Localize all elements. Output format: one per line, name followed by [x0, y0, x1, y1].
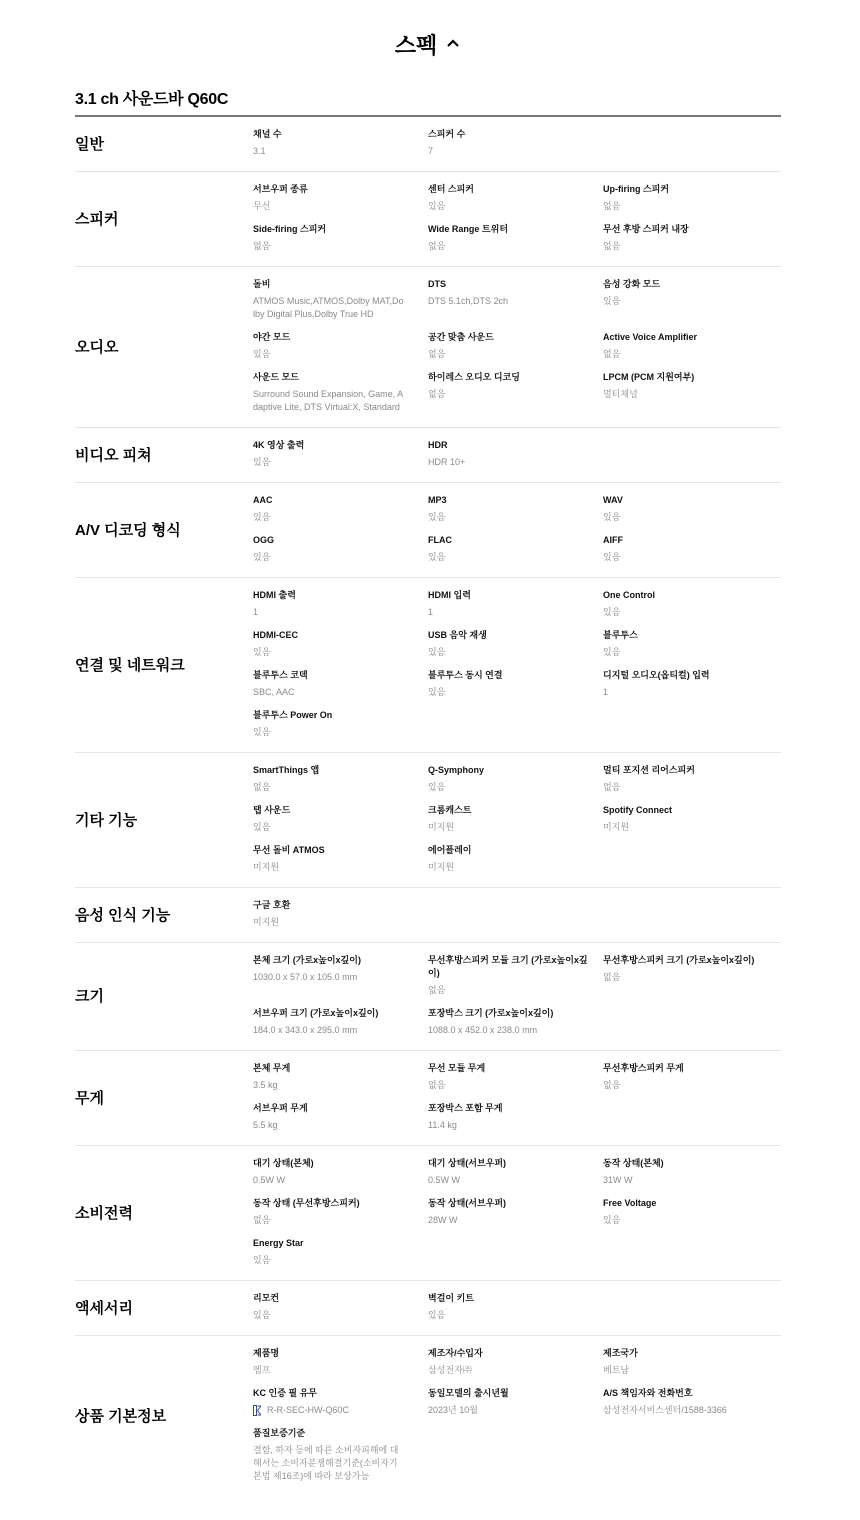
spec-value: SBC, AAC — [253, 686, 428, 699]
spec-label: 탭 사운드 — [253, 804, 428, 817]
spec-label: 무선 후방 스피커 내장 — [603, 223, 781, 236]
spec-value: 없음 — [603, 240, 781, 253]
spec-label: A/S 책임자와 전화번호 — [603, 1387, 781, 1400]
spec-value: 1088.0 x 452.0 x 238.0 mm — [428, 1024, 603, 1037]
spec-label: HDR — [428, 439, 603, 452]
spec-item: 음성 강화 모드있음 — [603, 278, 781, 321]
spec-label: 블루투스 Power On — [253, 709, 428, 722]
spec-label: Spotify Connect — [603, 804, 781, 817]
spec-value: 1030.0 x 57.0 x 105.0 mm — [253, 971, 428, 984]
spec-label: 무선후방스피커 모듈 크기 (가로x높이x깊이) — [428, 954, 603, 980]
spec-value: 없음 — [603, 200, 781, 213]
spec-item: 멀티 포지션 리어스피커없음 — [603, 764, 781, 794]
spec-item: 본체 크기 (가로x높이x깊이)1030.0 x 57.0 x 105.0 mm — [253, 954, 428, 997]
section-items: 리모컨있음벽걸이 키트있음 — [253, 1292, 781, 1322]
spec-label: DTS — [428, 278, 603, 291]
spec-item: DTSDTS 5.1ch,DTS 2ch — [428, 278, 603, 321]
spec-value: 있음 — [603, 606, 781, 619]
spec-label: 서브우퍼 크기 (가로x높이x깊이) — [253, 1007, 428, 1020]
spec-item: 제조자/수입자삼성전자㈜ — [428, 1347, 603, 1377]
spec-item: 센터 스피커있음 — [428, 183, 603, 213]
spec-item: 동일모델의 출시년월2023년 10월 — [428, 1387, 603, 1417]
spec-value: 베트남 — [603, 1364, 781, 1377]
spec-value: 있음 — [603, 295, 781, 308]
spec-item: 야간 모드있음 — [253, 331, 428, 361]
spec-section-row: 기타 기능SmartThings 앱없음Q-Symphony있음멀티 포지션 리… — [75, 753, 781, 888]
spec-label: 동작 상태 (무선후방스피커) — [253, 1197, 428, 1210]
spec-label: 멀티 포지션 리어스피커 — [603, 764, 781, 777]
spec-item: 포장박스 포함 무게11.4 kg — [428, 1102, 603, 1132]
spec-value: 없음 — [603, 781, 781, 794]
spec-label: 대기 상태(본체) — [253, 1157, 428, 1170]
spec-label: One Control — [603, 589, 781, 602]
spec-label: 서브우퍼 종류 — [253, 183, 428, 196]
spec-value: 있음 — [253, 456, 428, 469]
spec-value: 있음 — [253, 348, 428, 361]
spec-label: 서브우퍼 무게 — [253, 1102, 428, 1115]
spec-item: HDRHDR 10+ — [428, 439, 603, 469]
spec-label: 제품명 — [253, 1347, 428, 1360]
spec-value: 없음 — [428, 984, 603, 997]
spec-value: 있음 — [428, 1309, 603, 1322]
spec-value: 없음 — [603, 348, 781, 361]
spec-label: 무선 돌비 ATMOS — [253, 844, 428, 857]
spec-item: 제조국가베트남 — [603, 1347, 781, 1377]
spec-label: 동작 상태(서브우퍼) — [428, 1197, 603, 1210]
spec-label: OGG — [253, 534, 428, 547]
chevron-up-icon[interactable] — [443, 33, 465, 55]
spec-item: 4K 영상 출력있음 — [253, 439, 428, 469]
spec-label: Side-firing 스피커 — [253, 223, 428, 236]
spec-value: 있음 — [603, 646, 781, 659]
spec-value: 184.0 x 343.0 x 295.0 mm — [253, 1024, 428, 1037]
spec-value: 1 — [253, 606, 428, 619]
spec-label: 무선 모듈 무게 — [428, 1062, 603, 1075]
spec-section-row: A/V 디코딩 형식AAC있음MP3있음WAV있음OGG있음FLAC있음AIFF… — [75, 483, 781, 578]
spec-value: 있음 — [428, 686, 603, 699]
section-title: 음성 인식 기능 — [75, 899, 253, 929]
spec-label: MP3 — [428, 494, 603, 507]
spec-item: 서브우퍼 무게5.5 kg — [253, 1102, 428, 1132]
spec-label: 포장박스 포함 무게 — [428, 1102, 603, 1115]
spec-value: 멀티채널 — [603, 388, 781, 401]
kc-certification-icon — [253, 1405, 262, 1416]
spec-page: 스펙 3.1 ch 사운드바 Q60C 일반채널 수3.1스피커 수7스피커서브… — [0, 0, 860, 1520]
spec-value: ATMOS Music,ATMOS,Dolby MAT,Dolby Digita… — [253, 295, 428, 321]
spec-value: 없음 — [253, 240, 428, 253]
spec-section-row: 크기본체 크기 (가로x높이x깊이)1030.0 x 57.0 x 105.0 … — [75, 943, 781, 1051]
section-items: 본체 무게3.5 kg무선 모듈 무게없음무선후방스피커 무게없음서브우퍼 무게… — [253, 1062, 781, 1132]
spec-label: 디지털 오디오(옵티컬) 입력 — [603, 669, 781, 682]
spec-item: 크롬캐스트미지원 — [428, 804, 603, 834]
spec-label: 음성 강화 모드 — [603, 278, 781, 291]
section-items: 돌비ATMOS Music,ATMOS,Dolby MAT,Dolby Digi… — [253, 278, 781, 414]
spec-value: 있음 — [253, 726, 428, 739]
spec-value: 있음 — [603, 1214, 781, 1227]
spec-value: 없음 — [428, 388, 603, 401]
section-items: 4K 영상 출력있음HDRHDR 10+ — [253, 439, 781, 469]
spec-value: 있음 — [253, 1309, 428, 1322]
spec-label: Wide Range 트위터 — [428, 223, 603, 236]
spec-item: 무선후방스피커 모듈 크기 (가로x높이x깊이)없음 — [428, 954, 603, 997]
section-title: 오디오 — [75, 278, 253, 414]
spec-value: 3.1 — [253, 145, 428, 158]
spec-label: 공간 맞춤 사운드 — [428, 331, 603, 344]
spec-value: 있음 — [428, 646, 603, 659]
spec-label: Q-Symphony — [428, 764, 603, 777]
section-items: 대기 상태(본체)0.5W W대기 상태(서브우퍼)0.5W W동작 상태(본체… — [253, 1157, 781, 1267]
model-title: 3.1 ch 사운드바 Q60C — [75, 84, 781, 117]
spec-label: 대기 상태(서브우퍼) — [428, 1157, 603, 1170]
spec-item: 하이레스 오디오 디코딩없음 — [428, 371, 603, 414]
spec-label: Active Voice Amplifier — [603, 331, 781, 344]
spec-value: 미지원 — [253, 916, 428, 929]
spec-item: 무선 돌비 ATMOS미지원 — [253, 844, 428, 874]
spec-item: Energy Star있음 — [253, 1237, 428, 1267]
spec-label: 하이레스 오디오 디코딩 — [428, 371, 603, 384]
spec-value: 있음 — [253, 646, 428, 659]
spec-value: 7 — [428, 145, 603, 158]
spec-item: 에어플레이미지원 — [428, 844, 603, 874]
spec-label: 리모컨 — [253, 1292, 428, 1305]
spec-item: Q-Symphony있음 — [428, 764, 603, 794]
spec-item: Free Voltage있음 — [603, 1197, 781, 1227]
spec-label: WAV — [603, 494, 781, 507]
spec-section-row: 상품 기본정보제품명엠프제조자/수입자삼성전자㈜제조국가베트남KC 인증 필 유… — [75, 1336, 781, 1496]
spec-item: 리모컨있음 — [253, 1292, 428, 1322]
spec-item: 무선후방스피커 무게없음 — [603, 1062, 781, 1092]
spec-value: 있음 — [253, 821, 428, 834]
spec-item: Active Voice Amplifier없음 — [603, 331, 781, 361]
spec-item: 블루투스 코덱SBC, AAC — [253, 669, 428, 699]
section-items: 채널 수3.1스피커 수7 — [253, 128, 781, 158]
spec-item: 서브우퍼 종류무선 — [253, 183, 428, 213]
spec-value: R-R-SEC-HW-Q60C — [253, 1404, 428, 1417]
spec-item: SmartThings 앱없음 — [253, 764, 428, 794]
spec-value: 없음 — [253, 781, 428, 794]
spec-value: Surround Sound Expansion, Game, Adaptive… — [253, 388, 428, 414]
spec-label: LPCM (PCM 지원여부) — [603, 371, 781, 384]
spec-value: 삼성전자서비스센터/1588-3366 — [603, 1404, 781, 1417]
spec-label: KC 인증 필 유무 — [253, 1387, 428, 1400]
section-items: HDMI 출력1HDMI 입력1One Control있음HDMI-CEC있음U… — [253, 589, 781, 739]
spec-section-row: 음성 인식 기능구글 호환미지원 — [75, 888, 781, 943]
spec-item: One Control있음 — [603, 589, 781, 619]
spec-item: 채널 수3.1 — [253, 128, 428, 158]
spec-value: 없음 — [603, 1079, 781, 1092]
section-title: 연결 및 네트워크 — [75, 589, 253, 739]
spec-label: Energy Star — [253, 1237, 428, 1250]
spec-table: 일반채널 수3.1스피커 수7스피커서브우퍼 종류무선센터 스피커있음Up-fi… — [75, 117, 781, 1496]
section-items: SmartThings 앱없음Q-Symphony있음멀티 포지션 리어스피커없… — [253, 764, 781, 874]
spec-label: 크롬캐스트 — [428, 804, 603, 817]
spec-value: 있음 — [428, 781, 603, 794]
spec-value: 있음 — [253, 511, 428, 524]
spec-value: 없음 — [428, 348, 603, 361]
spec-label: 벽걸이 키트 — [428, 1292, 603, 1305]
spec-value: 없음 — [603, 971, 781, 984]
spec-item: 공간 맞춤 사운드없음 — [428, 331, 603, 361]
spec-label: AAC — [253, 494, 428, 507]
spec-section-row: 액세서리리모컨있음벽걸이 키트있음 — [75, 1281, 781, 1336]
spec-label: 사운드 모드 — [253, 371, 428, 384]
spec-value: 미지원 — [428, 821, 603, 834]
spec-item: Spotify Connect미지원 — [603, 804, 781, 834]
spec-header[interactable]: 스펙 — [0, 0, 860, 84]
spec-label: 제조국가 — [603, 1347, 781, 1360]
spec-item: 벽걸이 키트있음 — [428, 1292, 603, 1322]
section-title: 소비전력 — [75, 1157, 253, 1267]
spec-item: 구글 호환미지원 — [253, 899, 428, 929]
spec-item: 스피커 수7 — [428, 128, 603, 158]
spec-item: Up-firing 스피커없음 — [603, 183, 781, 213]
spec-value: 있음 — [253, 1254, 428, 1267]
spec-value: 11.4 kg — [428, 1119, 603, 1132]
spec-item: 대기 상태(본체)0.5W W — [253, 1157, 428, 1187]
spec-item: 블루투스 Power On있음 — [253, 709, 428, 739]
spec-item: 탭 사운드있음 — [253, 804, 428, 834]
spec-item: HDMI 출력1 — [253, 589, 428, 619]
spec-value: 0.5W W — [428, 1174, 603, 1187]
spec-value: 2023년 10월 — [428, 1404, 603, 1417]
spec-item: 무선후방스피커 크기 (가로x높이x깊이)없음 — [603, 954, 781, 997]
spec-value: 없음 — [428, 1079, 603, 1092]
spec-item: 무선 후방 스피커 내장없음 — [603, 223, 781, 253]
spec-value: 0.5W W — [253, 1174, 428, 1187]
section-title: 크기 — [75, 954, 253, 1037]
spec-label: 에어플레이 — [428, 844, 603, 857]
spec-item: 동작 상태 (무선후방스피커)없음 — [253, 1197, 428, 1227]
section-items: 서브우퍼 종류무선센터 스피커있음Up-firing 스피커없음Side-fir… — [253, 183, 781, 253]
section-title: A/V 디코딩 형식 — [75, 494, 253, 564]
spec-value: 5.5 kg — [253, 1119, 428, 1132]
spec-label: Free Voltage — [603, 1197, 781, 1210]
spec-item: FLAC있음 — [428, 534, 603, 564]
spec-item: Side-firing 스피커없음 — [253, 223, 428, 253]
spec-value: 미지원 — [603, 821, 781, 834]
spec-label: 스피커 수 — [428, 128, 603, 141]
section-title: 무게 — [75, 1062, 253, 1132]
spec-item: 동작 상태(서브우퍼)28W W — [428, 1197, 603, 1227]
spec-value: 없음 — [253, 1214, 428, 1227]
spec-item: KC 인증 필 유무R-R-SEC-HW-Q60C — [253, 1387, 428, 1417]
section-title: 액세서리 — [75, 1292, 253, 1322]
spec-label: 본체 무게 — [253, 1062, 428, 1075]
spec-value: 31W W — [603, 1174, 781, 1187]
spec-label: 무선후방스피커 크기 (가로x높이x깊이) — [603, 954, 781, 967]
spec-section-row: 스피커서브우퍼 종류무선센터 스피커있음Up-firing 스피커없음Side-… — [75, 172, 781, 267]
spec-value: 1 — [603, 686, 781, 699]
spec-label: AIFF — [603, 534, 781, 547]
spec-label: 동일모델의 출시년월 — [428, 1387, 603, 1400]
spec-item: 블루투스있음 — [603, 629, 781, 659]
spec-value: 28W W — [428, 1214, 603, 1227]
spec-value: 삼성전자㈜ — [428, 1364, 603, 1377]
spec-value: 무선 — [253, 200, 428, 213]
spec-item: 품질보증기준결함, 하자 등에 따른 소비자피해에 대해서는 소비자분쟁해결기준… — [253, 1427, 428, 1483]
spec-label: HDMI-CEC — [253, 629, 428, 642]
spec-label: Up-firing 스피커 — [603, 183, 781, 196]
spec-item: AIFF있음 — [603, 534, 781, 564]
spec-item: 무선 모듈 무게없음 — [428, 1062, 603, 1092]
spec-value: 있음 — [253, 551, 428, 564]
spec-label: 채널 수 — [253, 128, 428, 141]
spec-item: 포장박스 크기 (가로x높이x깊이)1088.0 x 452.0 x 238.0… — [428, 1007, 603, 1037]
spec-section-row: 연결 및 네트워크HDMI 출력1HDMI 입력1One Control있음HD… — [75, 578, 781, 753]
spec-label: USB 음악 재생 — [428, 629, 603, 642]
spec-item: 블루투스 동시 연결있음 — [428, 669, 603, 699]
spec-label: FLAC — [428, 534, 603, 547]
spec-item: HDMI-CEC있음 — [253, 629, 428, 659]
section-title: 상품 기본정보 — [75, 1347, 253, 1483]
spec-value: 있음 — [603, 551, 781, 564]
spec-label: 블루투스 코덱 — [253, 669, 428, 682]
spec-value: 미지원 — [428, 861, 603, 874]
spec-value: DTS 5.1ch,DTS 2ch — [428, 295, 603, 308]
spec-label: 본체 크기 (가로x높이x깊이) — [253, 954, 428, 967]
spec-value: 미지원 — [253, 861, 428, 874]
spec-item: MP3있음 — [428, 494, 603, 524]
spec-item: 제품명엠프 — [253, 1347, 428, 1377]
spec-item: OGG있음 — [253, 534, 428, 564]
spec-value: 1 — [428, 606, 603, 619]
spec-label: 돌비 — [253, 278, 428, 291]
spec-item: AAC있음 — [253, 494, 428, 524]
spec-label: 무선후방스피커 무게 — [603, 1062, 781, 1075]
spec-value: 없음 — [428, 240, 603, 253]
section-items: 본체 크기 (가로x높이x깊이)1030.0 x 57.0 x 105.0 mm… — [253, 954, 781, 1037]
spec-section-row: 일반채널 수3.1스피커 수7 — [75, 117, 781, 172]
spec-value: 3.5 kg — [253, 1079, 428, 1092]
spec-item: LPCM (PCM 지원여부)멀티채널 — [603, 371, 781, 414]
spec-label: 야간 모드 — [253, 331, 428, 344]
spec-item: Wide Range 트위터없음 — [428, 223, 603, 253]
spec-value: HDR 10+ — [428, 456, 603, 469]
section-items: AAC있음MP3있음WAV있음OGG있음FLAC있음AIFF있음 — [253, 494, 781, 564]
spec-item: 대기 상태(서브우퍼)0.5W W — [428, 1157, 603, 1187]
spec-item: 동작 상태(본체)31W W — [603, 1157, 781, 1187]
spec-value: 엠프 — [253, 1364, 428, 1377]
kc-number: R-R-SEC-HW-Q60C — [267, 1404, 349, 1417]
spec-label: HDMI 입력 — [428, 589, 603, 602]
spec-label: HDMI 출력 — [253, 589, 428, 602]
spec-item: HDMI 입력1 — [428, 589, 603, 619]
spec-item: USB 음악 재생있음 — [428, 629, 603, 659]
spec-item: 돌비ATMOS Music,ATMOS,Dolby MAT,Dolby Digi… — [253, 278, 428, 321]
spec-item: 사운드 모드Surround Sound Expansion, Game, Ad… — [253, 371, 428, 414]
section-title: 스피커 — [75, 183, 253, 253]
spec-section-row: 무게본체 무게3.5 kg무선 모듈 무게없음무선후방스피커 무게없음서브우퍼 … — [75, 1051, 781, 1146]
spec-label: 4K 영상 출력 — [253, 439, 428, 452]
spec-item: 디지털 오디오(옵티컬) 입력1 — [603, 669, 781, 699]
spec-label: 블루투스 동시 연결 — [428, 669, 603, 682]
section-items: 구글 호환미지원 — [253, 899, 781, 929]
spec-value: 있음 — [428, 200, 603, 213]
spec-value: 있음 — [603, 511, 781, 524]
spec-item: 서브우퍼 크기 (가로x높이x깊이)184.0 x 343.0 x 295.0 … — [253, 1007, 428, 1037]
spec-value: 결함, 하자 등에 따른 소비자피해에 대해서는 소비자분쟁해결기준(소비자기본… — [253, 1444, 428, 1483]
spec-label: 센터 스피커 — [428, 183, 603, 196]
spec-section-row: 비디오 피쳐4K 영상 출력있음HDRHDR 10+ — [75, 428, 781, 483]
spec-label: 블루투스 — [603, 629, 781, 642]
spec-label: 품질보증기준 — [253, 1427, 428, 1440]
spec-section-row: 오디오돌비ATMOS Music,ATMOS,Dolby MAT,Dolby D… — [75, 267, 781, 428]
spec-label: 포장박스 크기 (가로x높이x깊이) — [428, 1007, 603, 1020]
spec-item: A/S 책임자와 전화번호삼성전자서비스센터/1588-3366 — [603, 1387, 781, 1417]
section-title: 기타 기능 — [75, 764, 253, 874]
spec-label: 동작 상태(본체) — [603, 1157, 781, 1170]
section-items: 제품명엠프제조자/수입자삼성전자㈜제조국가베트남KC 인증 필 유무R-R-SE… — [253, 1347, 781, 1483]
spec-label: 구글 호환 — [253, 899, 428, 912]
spec-item: WAV있음 — [603, 494, 781, 524]
section-title: 비디오 피쳐 — [75, 439, 253, 469]
spec-item: 본체 무게3.5 kg — [253, 1062, 428, 1092]
spec-title: 스펙 — [395, 29, 438, 60]
spec-section-row: 소비전력대기 상태(본체)0.5W W대기 상태(서브우퍼)0.5W W동작 상… — [75, 1146, 781, 1281]
spec-value: 있음 — [428, 551, 603, 564]
spec-label: SmartThings 앱 — [253, 764, 428, 777]
spec-label: 제조자/수입자 — [428, 1347, 603, 1360]
spec-value: 있음 — [428, 511, 603, 524]
section-title: 일반 — [75, 128, 253, 158]
